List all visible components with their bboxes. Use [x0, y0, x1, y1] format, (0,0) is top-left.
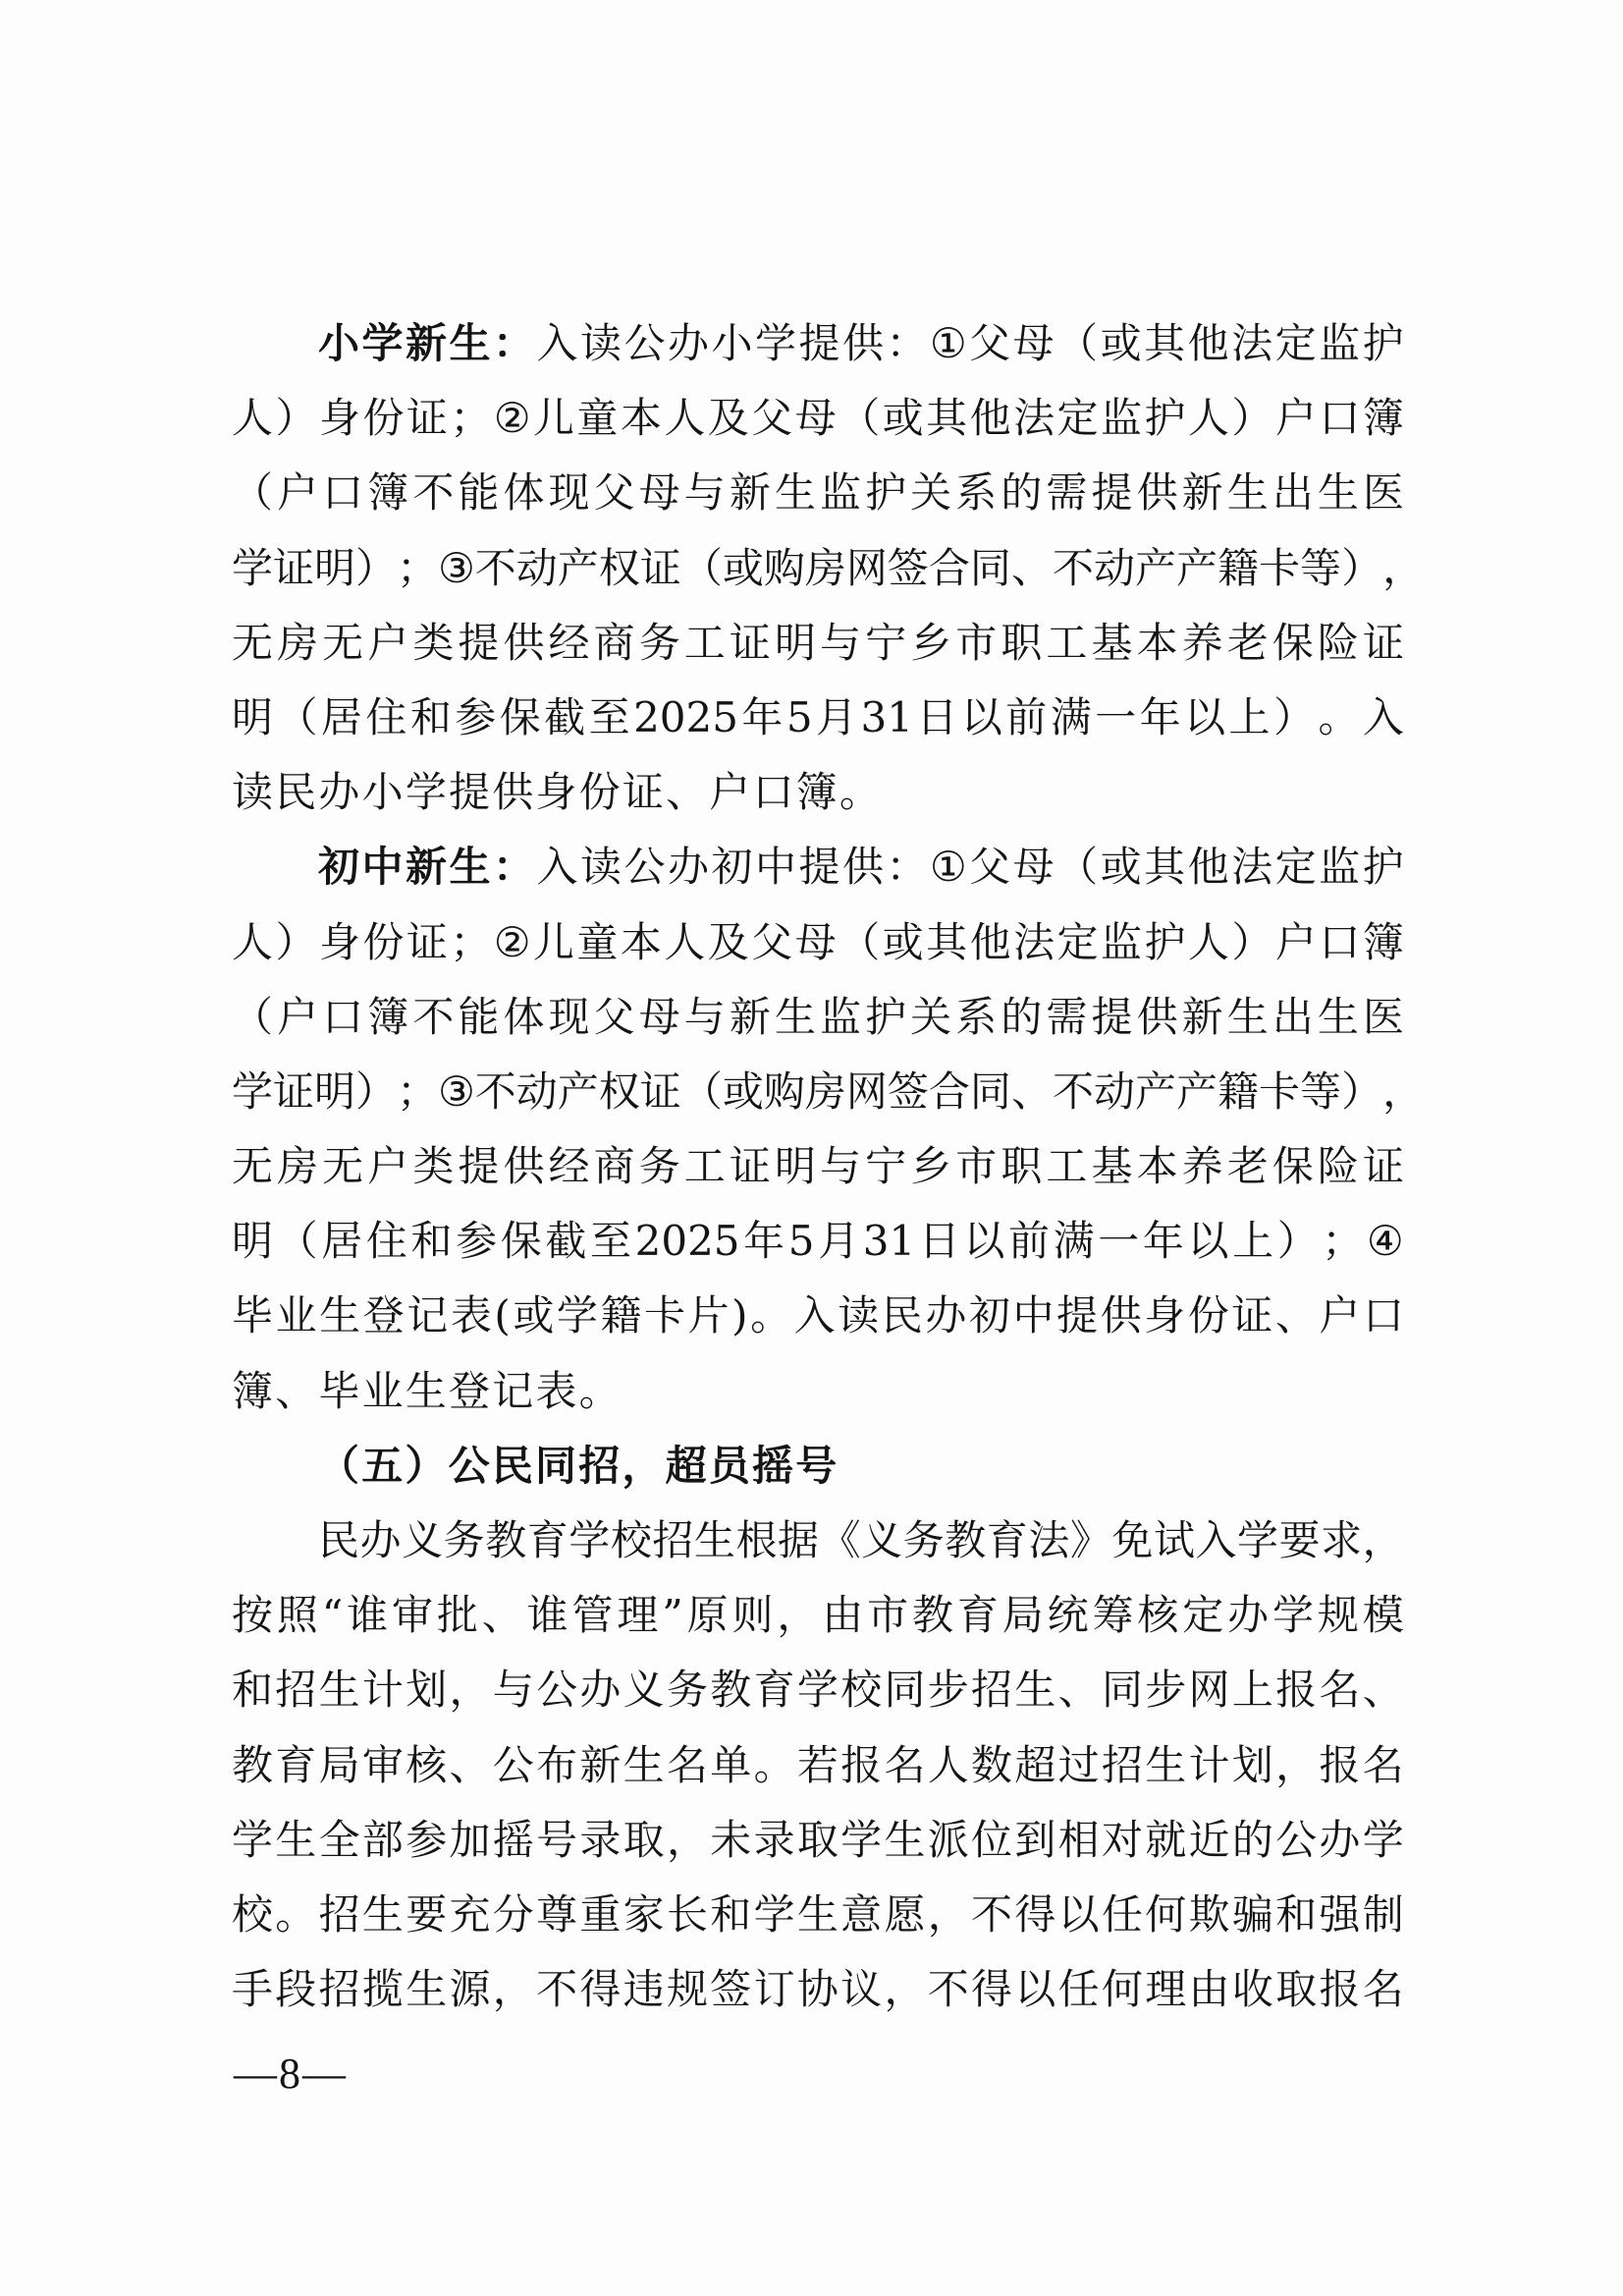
body-text: 小学新生：入读公办小学提供：①父母（或其他法定监护人）身份证；②儿童本人及父母（…: [232, 320, 1404, 2041]
text-line: 明（居住和参保截至2025年5月31日以前满一年以上）。入: [232, 694, 1404, 769]
text-line: （户口簿不能体现父母与新生监护关系的需提供新生出生医: [232, 469, 1404, 544]
text-line: 学证明）；③不动产权证（或购房网签合同、不动产产籍卡等），: [232, 1068, 1404, 1143]
text-line: 初中新生：入读公办初中提供：①父母（或其他法定监护: [232, 844, 1404, 918]
text-line: 教育局审核、公布新生名单。若报名人数超过招生计划，报名: [232, 1742, 1404, 1817]
text-line: 小学新生：入读公办小学提供：①父母（或其他法定监护: [232, 320, 1404, 395]
text-line: 学证明）；③不动产权证（或购房网签合同、不动产产籍卡等），: [232, 545, 1404, 620]
text-line: 无房无户类提供经商务工证明与宁乡市职工基本养老保险证: [232, 1143, 1404, 1218]
text-line: 按照“谁审批、谁管理”原则，由市教育局统筹核定办学规模: [232, 1592, 1404, 1667]
text-line: 人）身份证；②儿童本人及父母（或其他法定监护人）户口簿: [232, 395, 1404, 469]
document-page: 小学新生：入读公办小学提供：①父母（或其他法定监护人）身份证；②儿童本人及父母（…: [0, 0, 1623, 2296]
text-line: 和招生计划，与公办义务教育学校同步招生、同步网上报名、: [232, 1667, 1404, 1741]
text-line: 无房无户类提供经商务工证明与宁乡市职工基本养老保险证: [232, 620, 1404, 694]
text-line: 手段招揽生源，不得违规签订协议，不得以任何理由收取报名: [232, 1966, 1404, 2041]
text-line: 民办义务教育学校招生根据《义务教育法》免试入学要求，: [232, 1517, 1404, 1592]
text-line: 明（居住和参保截至2025年5月31日以前满一年以上）；④: [232, 1218, 1404, 1292]
page-number: —8—: [234, 2050, 348, 2098]
text-line: （户口簿不能体现父母与新生监护关系的需提供新生出生医: [232, 994, 1404, 1068]
text-line: 读民办小学提供身份证、户口簿。: [232, 769, 1404, 844]
text-line: 学生全部参加摇号录取，未录取学生派位到相对就近的公办学: [232, 1817, 1404, 1891]
text-line: 毕业生登记表(或学籍卡片)。入读民办初中提供身份证、户口: [232, 1292, 1404, 1367]
text-line: 簿、毕业生登记表。: [232, 1368, 1404, 1443]
text-line: 校。招生要充分尊重家长和学生意愿，不得以任何欺骗和强制: [232, 1891, 1404, 1966]
text-line: 人）身份证；②儿童本人及父母（或其他法定监护人）户口簿: [232, 919, 1404, 994]
text-line: （五）公民同招，超员摇号: [232, 1443, 1404, 1517]
